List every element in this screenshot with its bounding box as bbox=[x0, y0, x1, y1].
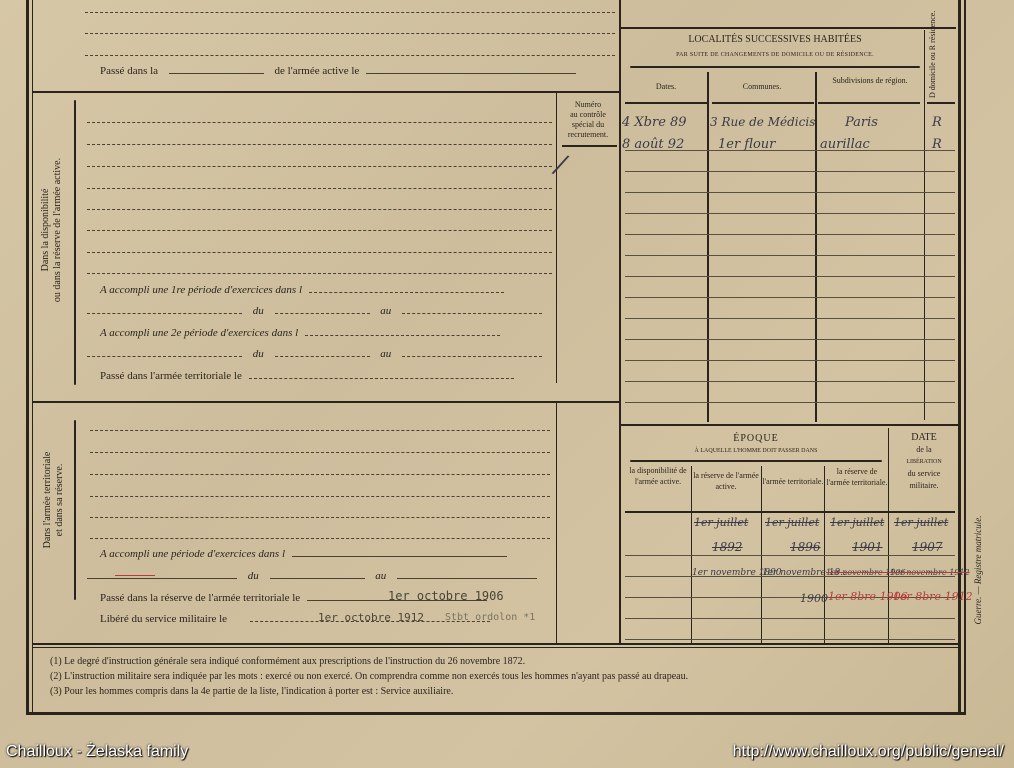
row2-type: R bbox=[932, 137, 942, 152]
numero-mark: / bbox=[552, 149, 568, 180]
col-subdivisions: Subdivisions de région. bbox=[820, 75, 920, 86]
localites-rows-grid bbox=[625, 130, 955, 420]
periode2-dates: du au bbox=[87, 348, 542, 360]
register-page: Passé dans la de l'armée active le Dans … bbox=[0, 0, 1014, 768]
domicile-residence-header: D domicile ou R résidence. bbox=[928, 28, 938, 98]
libere-extra-stamp: Stbt ordolon *1 bbox=[445, 612, 535, 623]
frame-left bbox=[26, 0, 29, 715]
passe-label: Passé dans la de l'armée active le bbox=[100, 65, 576, 77]
col-communes: Communes. bbox=[710, 82, 814, 91]
side-margin-label: Guerre. — Registre matricule. bbox=[972, 485, 984, 655]
col-territoriale: l'armée territoriale. bbox=[762, 476, 824, 487]
localites-subtitle: PAR SUITE DE CHANGEMENTS DE DOMICILE OU … bbox=[625, 52, 925, 58]
watermark-family: Chailloux - Żelaska family bbox=[6, 743, 188, 761]
side-label-territoriale: Dans l'armée territoriale et dans sa rés… bbox=[42, 410, 66, 590]
periode1-dates: du au bbox=[87, 305, 542, 317]
brace bbox=[74, 100, 76, 385]
localites-title: LOCALITÉS SUCCESSIVES HABITÉES bbox=[625, 34, 925, 45]
brace bbox=[74, 420, 76, 600]
col-dates: Dates. bbox=[626, 82, 706, 91]
row1-date: 4 Xbre 89 bbox=[622, 115, 687, 130]
date-liberation-header: DATE de la LIBÉRATION du service militai… bbox=[890, 432, 958, 492]
row2-date: 8 août 92 bbox=[622, 137, 684, 152]
epoque-title: ÉPOQUE bbox=[625, 433, 887, 444]
col-disponibilite: la disponibilité de l'armée active. bbox=[626, 465, 690, 487]
reserve-territoriale-value: 1er octobre 1906 bbox=[388, 589, 504, 603]
row1-subdivision: Paris bbox=[845, 115, 878, 130]
frame-left-inner bbox=[32, 0, 33, 715]
frame-right-outer bbox=[964, 0, 966, 715]
periode1-label: A accompli une 1re période d'exercices d… bbox=[100, 284, 504, 296]
row2-commune: 1er flour bbox=[718, 137, 775, 152]
watermark-url[interactable]: http://www.chailloux.org/public/geneal/ bbox=[733, 743, 1004, 761]
epoque-subtitle: À LAQUELLE L'HOMME DOIT PASSER DANS bbox=[625, 448, 887, 454]
frame-right bbox=[958, 0, 961, 715]
territoriale-label: Passé dans l'armée territoriale le bbox=[100, 370, 514, 382]
periode-label: A accompli une période d'exercices dans … bbox=[100, 548, 507, 560]
libere-value: 1er octobre 1912 bbox=[318, 611, 424, 624]
col-reserve-territoriale: la réserve de l'armée territoriale. bbox=[826, 466, 888, 488]
footnote-3: (3) Pour les hommes compris dans la 4e p… bbox=[50, 686, 453, 697]
side-label-disponibilite: Dans la disponibilité ou dans la réserve… bbox=[40, 130, 64, 330]
periode-dates: du au bbox=[87, 570, 537, 582]
red-strike bbox=[115, 575, 155, 576]
row1-type: R bbox=[932, 115, 942, 130]
row2-subdivision: aurillac bbox=[820, 137, 870, 152]
numero-header: Numéro au contrôle spécial du recrutemen… bbox=[558, 100, 618, 140]
periode2-label: A accompli une 2e période d'exercices da… bbox=[100, 327, 500, 339]
row1-commune: 3 Rue de Médicis bbox=[710, 115, 815, 129]
libere-label: Libéré du service militaire le bbox=[100, 613, 490, 625]
col-reserve-active: la réserve de l'armée active. bbox=[693, 470, 759, 492]
column-divider bbox=[619, 0, 621, 645]
footnote-1: (1) Le degré d'instruction générale sera… bbox=[50, 656, 525, 667]
footnote-2: (2) L'instruction militaire sera indiqué… bbox=[50, 671, 688, 682]
frame-bottom bbox=[26, 712, 966, 715]
